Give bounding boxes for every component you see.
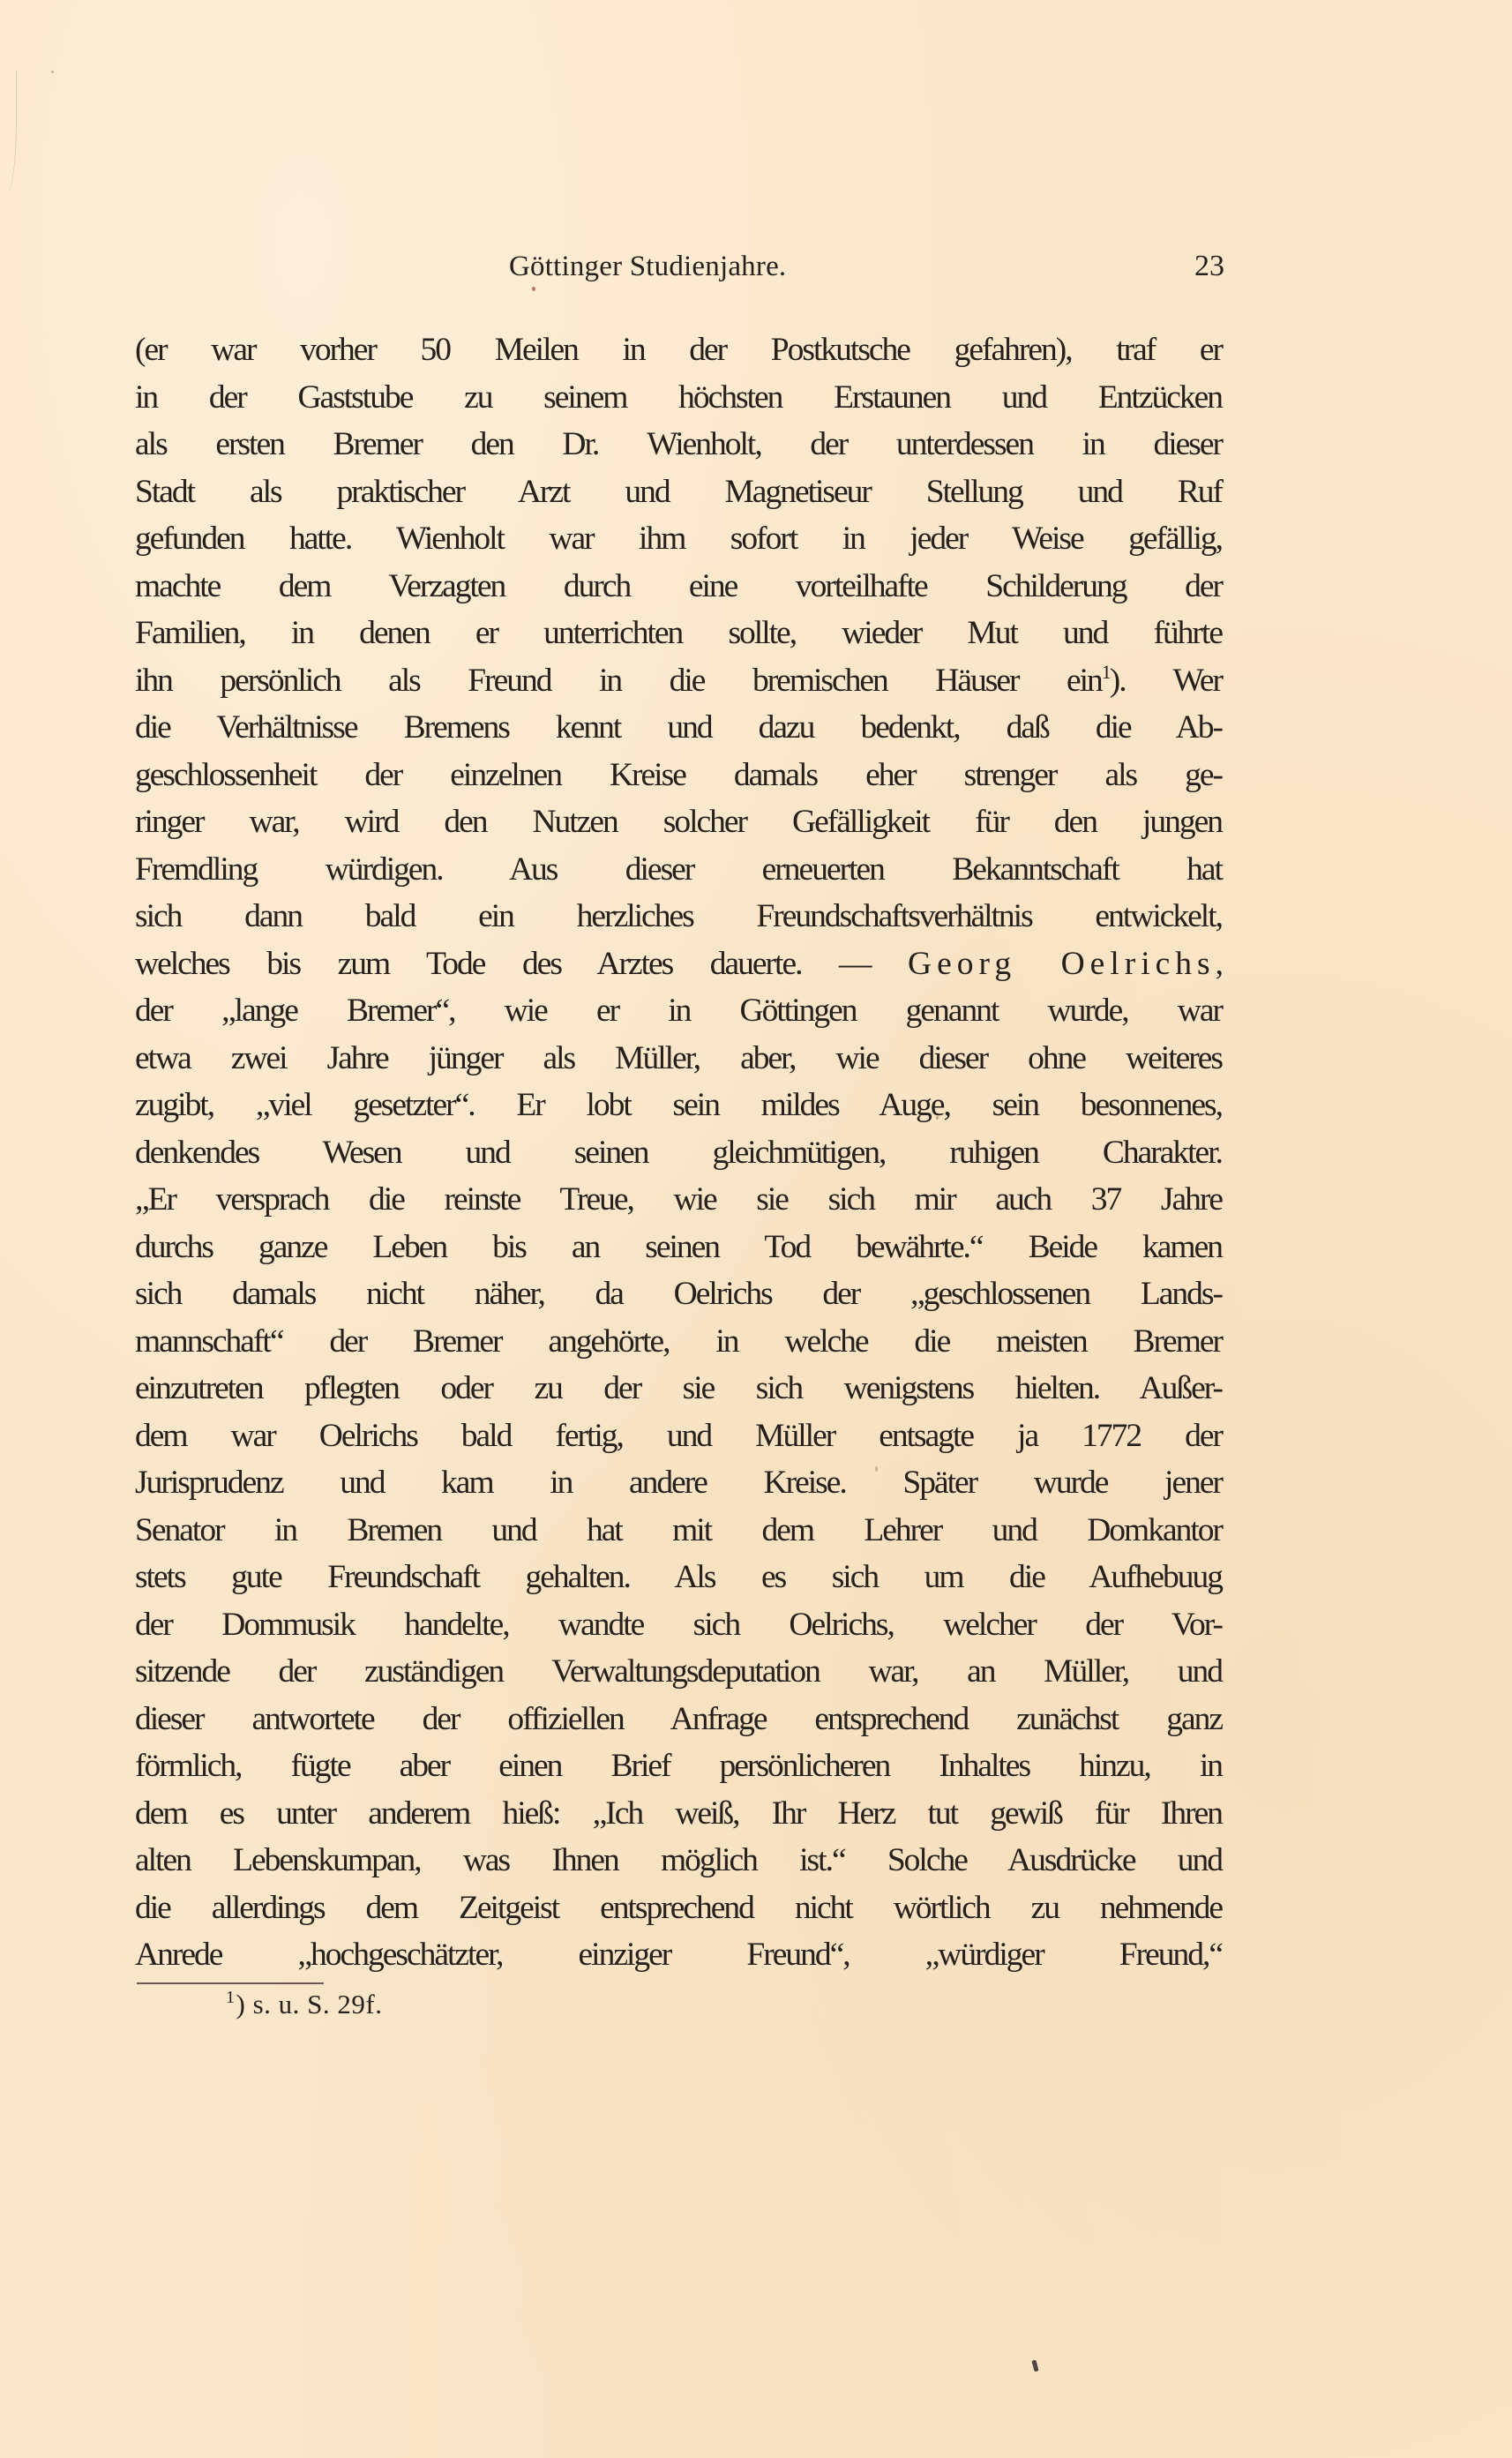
- text-line: gefunden hatte. Wienholt war ihm sofort …: [135, 515, 1222, 563]
- text-line: Stadt als praktischer Arzt und Magnetise…: [135, 468, 1222, 516]
- text-line-content: ihn persönlich als Freund in die bremisc…: [135, 657, 1222, 705]
- text-line: Senator in Bremen und hat mit dem Lehrer…: [135, 1507, 1222, 1555]
- text-segment: ringer war, wird den Nutzen solcher Gefä…: [135, 804, 1222, 840]
- text-line: einzutreten pflegten oder zu der sie sic…: [135, 1365, 1222, 1413]
- text-line-content: dem es unter anderem hieß: „Ich weiß, Ih…: [135, 1790, 1222, 1838]
- paper-speck: [51, 71, 54, 73]
- text-line-content: zugibt, „viel gesetzter“. Er lobt sein m…: [135, 1082, 1222, 1129]
- text-line: dem war Oelrichs bald fertig, und Müller…: [135, 1413, 1222, 1460]
- text-line-content: Jurisprudenz und kam in andere Kreise. S…: [135, 1459, 1222, 1507]
- running-head: Göttinger Studienjahre. 23: [135, 247, 1224, 286]
- text-line: förmlich, fügte aber einen Brief persönl…: [135, 1742, 1222, 1790]
- text-segment: gefunden hatte. Wienholt war ihm sofort …: [135, 521, 1222, 557]
- text-line: welches bis zum Tode des Arztes dauerte.…: [135, 940, 1222, 988]
- text-line: Familien, in denen er unterrichten sollt…: [135, 610, 1222, 657]
- text-line-content: der Dommusik handelte, wandte sich Oelri…: [135, 1601, 1222, 1649]
- text-line: geschlossenheit der einzelnen Kreise dam…: [135, 752, 1222, 799]
- text-line: Anrede „hochgeschätzter, einziger Freund…: [135, 1931, 1222, 1979]
- text-segment: die Verhältnisse Bremens kennt und dazu …: [135, 709, 1222, 746]
- text-segment: sitzende der zuständigen Verwaltungsdepu…: [135, 1653, 1222, 1690]
- text-segment: Stadt als praktischer Arzt und Magnetise…: [135, 474, 1222, 510]
- text-line-content: dem war Oelrichs bald fertig, und Müller…: [135, 1413, 1222, 1460]
- text-segment: der „lange Bremer“, wie er in Göttingen …: [135, 993, 1222, 1029]
- text-line-content: mannschaft“ der Bremer angehörte, in wel…: [135, 1318, 1222, 1366]
- text-segment: machte dem Verzagten durch eine vorteilh…: [135, 568, 1222, 604]
- text-segment: dieser antwortete der offiziellen Anfrag…: [135, 1701, 1222, 1737]
- text-segment: sich damals nicht näher, da Oelrichs der…: [135, 1276, 1222, 1312]
- text-line: „Er versprach die reinste Treue, wie sie…: [135, 1176, 1222, 1224]
- text-line-content: (er war vorher 50 Meilen in der Postkuts…: [135, 326, 1222, 374]
- text-line: durchs ganze Leben bis an seinen Tod bew…: [135, 1224, 1222, 1271]
- text-line-content: als ersten Bremer den Dr. Wienholt, der …: [135, 421, 1222, 468]
- text-line: machte dem Verzagten durch eine vorteilh…: [135, 563, 1222, 611]
- text-line-content: förmlich, fügte aber einen Brief persönl…: [135, 1742, 1222, 1790]
- footnote-text: ) s. u. S. 29f.: [236, 1989, 383, 2020]
- text-segment: (er war vorher 50 Meilen in der Postkuts…: [135, 332, 1222, 368]
- text-segment: dem war Oelrichs bald fertig, und Müller…: [135, 1418, 1222, 1454]
- paper-crease: [0, 71, 17, 194]
- text-segment: ,: [1216, 946, 1222, 982]
- text-line-content: alten Lebenskumpan, was Ihnen möglich is…: [135, 1837, 1222, 1885]
- text-line-content: gefunden hatte. Wienholt war ihm sofort …: [135, 515, 1222, 563]
- emphasized-name: Georg Oelrichs: [908, 946, 1216, 982]
- text-line-content: die allerdings dem Zeitgeist entsprechen…: [135, 1885, 1222, 1932]
- text-line-content: Anrede „hochgeschätzter, einziger Freund…: [135, 1931, 1222, 1979]
- text-line: sitzende der zuständigen Verwaltungsdepu…: [135, 1648, 1222, 1696]
- text-line: Fremdling würdigen. Aus dieser erneuerte…: [135, 846, 1222, 894]
- text-line-content: Stadt als praktischer Arzt und Magnetise…: [135, 468, 1222, 516]
- text-segment: welches bis zum Tode des Arztes dauerte.…: [135, 946, 908, 982]
- text-line-content: ringer war, wird den Nutzen solcher Gefä…: [135, 798, 1222, 846]
- text-line: die Verhältnisse Bremens kennt und dazu …: [135, 704, 1222, 752]
- text-line: dieser antwortete der offiziellen Anfrag…: [135, 1696, 1222, 1743]
- text-line-content: „Er versprach die reinste Treue, wie sie…: [135, 1176, 1222, 1224]
- text-segment: Fremdling würdigen. Aus dieser erneuerte…: [135, 851, 1222, 888]
- footnote-1: 1) s. u. S. 29f.: [226, 1987, 382, 2022]
- text-line: der „lange Bremer“, wie er in Göttingen …: [135, 987, 1222, 1035]
- text-line-content: etwa zwei Jahre jünger als Müller, aber,…: [135, 1035, 1222, 1083]
- text-line-content: denkendes Wesen und seinen gleichmütigen…: [135, 1129, 1222, 1177]
- text-line-content: sitzende der zuständigen Verwaltungsdepu…: [135, 1648, 1222, 1696]
- text-line-content: der „lange Bremer“, wie er in Göttingen …: [135, 987, 1222, 1035]
- text-line: denkendes Wesen und seinen gleichmütigen…: [135, 1129, 1222, 1177]
- running-head-title: Göttinger Studienjahre.: [509, 247, 786, 286]
- text-line-content: welches bis zum Tode des Arztes dauerte.…: [135, 940, 1222, 988]
- text-line: als ersten Bremer den Dr. Wienholt, der …: [135, 421, 1222, 468]
- footnote-rule: [137, 1982, 324, 1984]
- text-line: der Dommusik handelte, wandte sich Oelri…: [135, 1601, 1222, 1649]
- text-line-content: sich dann bald ein herzliches Freundscha…: [135, 893, 1222, 940]
- text-line: Jurisprudenz und kam in andere Kreise. S…: [135, 1459, 1222, 1507]
- text-segment: „Er versprach die reinste Treue, wie sie…: [135, 1181, 1222, 1218]
- footnote-marker: 1: [226, 1988, 236, 2007]
- text-line: sich damals nicht näher, da Oelrichs der…: [135, 1270, 1222, 1318]
- text-line: sich dann bald ein herzliches Freundscha…: [135, 893, 1222, 940]
- text-segment: zugibt, „viel gesetzter“. Er lobt sein m…: [135, 1087, 1222, 1123]
- text-line: zugibt, „viel gesetzter“. Er lobt sein m…: [135, 1082, 1222, 1129]
- text-line-content: Familien, in denen er unterrichten sollt…: [135, 610, 1222, 657]
- text-segment: Anrede „hochgeschätzter, einziger Freund…: [135, 1937, 1222, 1973]
- text-line-content: Senator in Bremen und hat mit dem Lehrer…: [135, 1507, 1222, 1555]
- text-segment: alten Lebenskumpan, was Ihnen möglich is…: [135, 1842, 1222, 1878]
- page-number: 23: [1194, 247, 1224, 286]
- text-line-content: sich damals nicht näher, da Oelrichs der…: [135, 1270, 1222, 1318]
- text-line: stets gute Freundschaft gehalten. Als es…: [135, 1554, 1222, 1601]
- text-segment: ). Wer: [1110, 663, 1222, 699]
- text-line-content: in der Gaststube zu seinem höchsten Erst…: [135, 374, 1222, 422]
- paper-speck: [532, 287, 535, 291]
- text-segment: als ersten Bremer den Dr. Wienholt, der …: [135, 426, 1222, 462]
- text-line: ihn persönlich als Freund in die bremisc…: [135, 657, 1222, 705]
- text-segment: etwa zwei Jahre jünger als Müller, aber,…: [135, 1040, 1222, 1076]
- text-line: dem es unter anderem hieß: „Ich weiß, Ih…: [135, 1790, 1222, 1838]
- text-segment: geschlossenheit der einzelnen Kreise dam…: [135, 757, 1222, 793]
- text-line-content: geschlossenheit der einzelnen Kreise dam…: [135, 752, 1222, 799]
- text-line-content: dieser antwortete der offiziellen Anfrag…: [135, 1696, 1222, 1743]
- text-line-content: einzutreten pflegten oder zu der sie sic…: [135, 1365, 1222, 1413]
- text-line: etwa zwei Jahre jünger als Müller, aber,…: [135, 1035, 1222, 1083]
- text-line: in der Gaststube zu seinem höchsten Erst…: [135, 374, 1222, 422]
- text-segment: Senator in Bremen und hat mit dem Lehrer…: [135, 1512, 1222, 1548]
- text-segment: sich dann bald ein herzliches Freundscha…: [135, 898, 1222, 934]
- text-line: ringer war, wird den Nutzen solcher Gefä…: [135, 798, 1222, 846]
- text-segment: durchs ganze Leben bis an seinen Tod bew…: [135, 1229, 1222, 1265]
- text-segment: einzutreten pflegten oder zu der sie sic…: [135, 1370, 1222, 1406]
- text-segment: der Dommusik handelte, wandte sich Oelri…: [135, 1607, 1222, 1643]
- text-segment: förmlich, fügte aber einen Brief persönl…: [135, 1748, 1222, 1784]
- text-segment: ihn persönlich als Freund in die bremisc…: [135, 663, 1102, 699]
- book-page: Göttinger Studienjahre. 23 (er war vorhe…: [0, 0, 1512, 2458]
- text-line: alten Lebenskumpan, was Ihnen möglich is…: [135, 1837, 1222, 1885]
- text-segment: stets gute Freundschaft gehalten. Als es…: [135, 1559, 1222, 1595]
- footnote-reference: 1: [1102, 661, 1110, 683]
- text-segment: mannschaft“ der Bremer angehörte, in wel…: [135, 1323, 1222, 1360]
- text-line: mannschaft“ der Bremer angehörte, in wel…: [135, 1318, 1222, 1366]
- text-segment: Jurisprudenz und kam in andere Kreise. S…: [135, 1465, 1222, 1501]
- text-segment: die allerdings dem Zeitgeist entsprechen…: [135, 1890, 1222, 1926]
- text-line-content: Fremdling würdigen. Aus dieser erneuerte…: [135, 846, 1222, 894]
- text-segment: in der Gaststube zu seinem höchsten Erst…: [135, 379, 1222, 416]
- text-segment: dem es unter anderem hieß: „Ich weiß, Ih…: [135, 1795, 1222, 1832]
- text-line: die allerdings dem Zeitgeist entsprechen…: [135, 1885, 1222, 1932]
- text-line: (er war vorher 50 Meilen in der Postkuts…: [135, 326, 1222, 374]
- paper-speck: [1031, 2360, 1038, 2372]
- text-segment: denkendes Wesen und seinen gleichmütigen…: [135, 1135, 1222, 1171]
- text-line-content: stets gute Freundschaft gehalten. Als es…: [135, 1554, 1222, 1601]
- text-line-content: machte dem Verzagten durch eine vorteilh…: [135, 563, 1222, 611]
- text-line-content: durchs ganze Leben bis an seinen Tod bew…: [135, 1224, 1222, 1271]
- text-segment: Familien, in denen er unterrichten sollt…: [135, 615, 1222, 651]
- text-line-content: die Verhältnisse Bremens kennt und dazu …: [135, 704, 1222, 752]
